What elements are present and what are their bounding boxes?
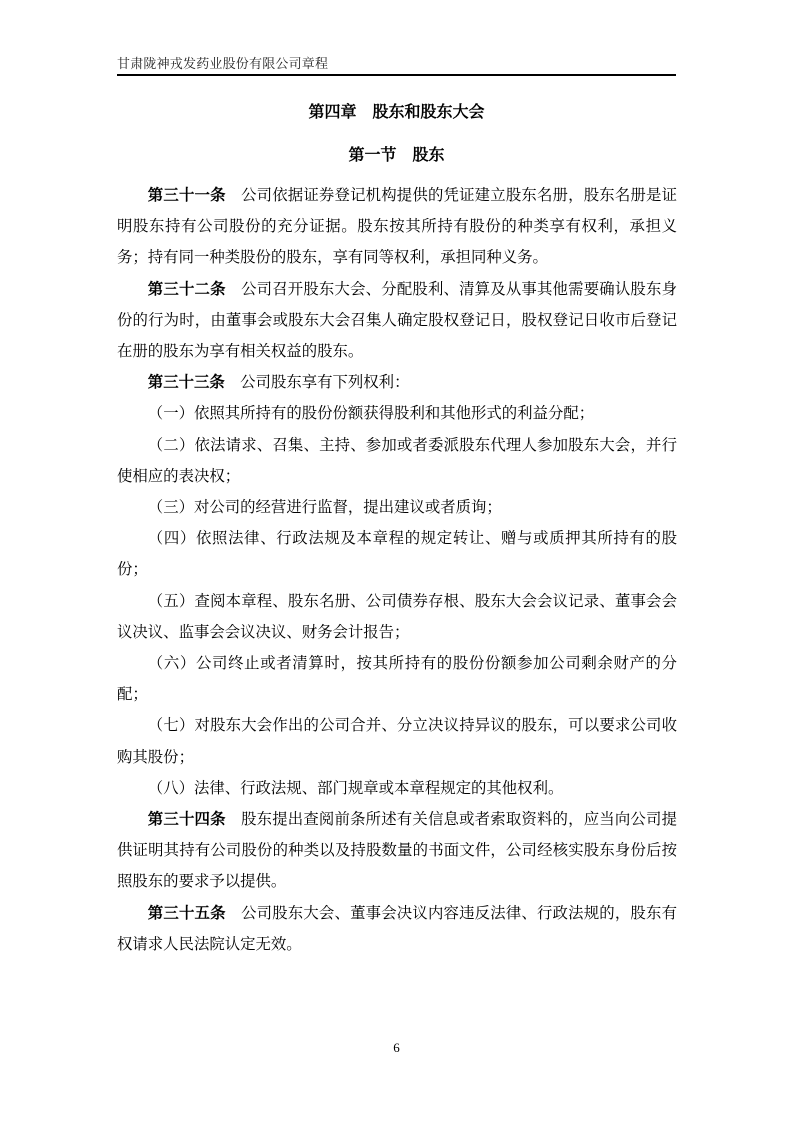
article-35: 第三十五条公司股东大会、董事会决议内容违反法律、行政法规的，股东有权请求人民法院… — [117, 898, 677, 960]
article-34: 第三十四条股东提出查阅前条所述有关信息或者索取资料的，应当向公司提供证明其持有公… — [117, 804, 677, 898]
list-item-7: （七）对股东大会作出的公司合并、分立决议持异议的股东，可以要求公司收购其股份； — [117, 710, 677, 772]
list-item-5: （五）查阅本章程、股东名册、公司债券存根、股东大会会议记录、董事会会议决议、监事… — [117, 586, 677, 648]
article-32: 第三十二条公司召开股东大会、分配股利、清算及从事其他需要确认股东身份的行为时，由… — [117, 274, 677, 368]
article-33: 第三十三条公司股东享有下列权利： — [117, 367, 677, 398]
list-item-1: （一）依照其所持有的股份份额获得股利和其他形式的利益分配； — [117, 398, 677, 429]
article-number: 第三十三条 — [148, 373, 225, 391]
chapter-title: 第四章 股东和股东大会 — [117, 100, 676, 124]
article-number: 第三十五条 — [148, 904, 226, 922]
list-item-3: （三）对公司的经营进行监督，提出建议或者质询； — [117, 492, 677, 523]
header-title: 甘肃陇神戎发药业股份有限公司章程 — [117, 57, 328, 72]
section-title: 第一节 股东 — [117, 143, 676, 167]
article-text: 公司股东享有下列权利： — [240, 373, 409, 391]
page-number: 6 — [0, 1040, 793, 1056]
article-number: 第三十四条 — [148, 810, 226, 828]
article-number: 第三十二条 — [148, 280, 226, 298]
article-number: 第三十一条 — [148, 186, 226, 204]
document-body: 第三十一条公司依据证券登记机构提供的凭证建立股东名册，股东名册是证明股东持有公司… — [117, 180, 677, 960]
list-item-2: （二）依法请求、召集、主持、参加或者委派股东代理人参加股东大会，并行使相应的表决… — [117, 430, 677, 492]
page-header: 甘肃陇神戎发药业股份有限公司章程 — [117, 53, 676, 76]
list-item-6: （六）公司终止或者清算时，按其所持有的股份份额参加公司剩余财产的分配； — [117, 648, 677, 710]
article-31: 第三十一条公司依据证券登记机构提供的凭证建立股东名册，股东名册是证明股东持有公司… — [117, 180, 677, 274]
list-item-8: （八）法律、行政法规、部门规章或本章程规定的其他权利。 — [117, 773, 677, 804]
list-item-4: （四）依照法律、行政法规及本章程的规定转让、赠与或质押其所持有的股份； — [117, 523, 677, 585]
